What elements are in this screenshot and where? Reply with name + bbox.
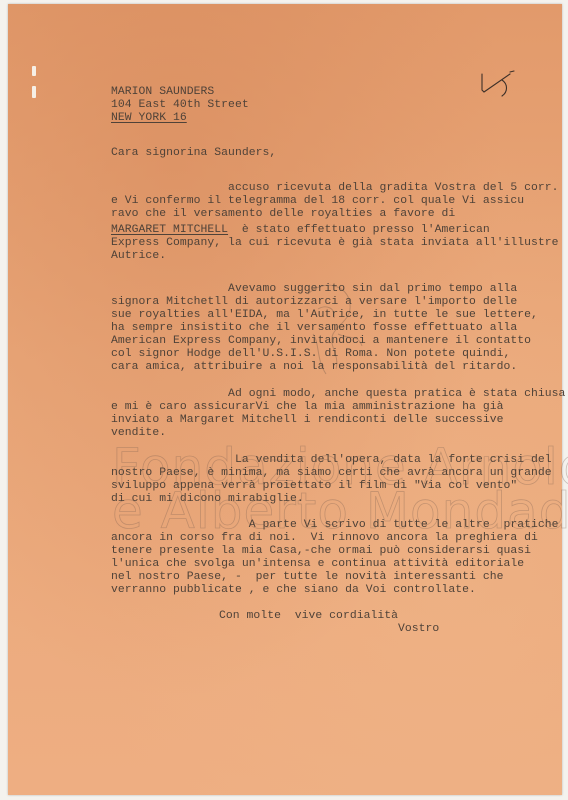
recipient-name: MARION SAUNDERS	[111, 86, 214, 99]
body-line: di cui mi dicono mirabiglie.	[111, 493, 304, 506]
body-line: Autrice.	[111, 250, 166, 263]
body-line: tenere presente la mia Casa,-che ormai p…	[111, 545, 531, 558]
body-line: cara amica, attribuire a noi la responsa…	[111, 361, 517, 374]
handwritten-mark-icon	[480, 66, 520, 102]
body-line: signora Mitchetll di autorizzarci a vers…	[111, 296, 517, 309]
body-line-rest: è stato effettuato presso l'American	[228, 224, 490, 236]
letter-page: Fondazione Arnoldo e Alberto Mondadori M…	[8, 4, 562, 795]
body-line: nostro Paese, è minima, ma siamo certi c…	[111, 467, 552, 480]
body-line: Express Company, la cui ricevuta è già s…	[111, 237, 559, 250]
body-line: vendite.	[111, 427, 166, 440]
body-line: e Vi confermo il telegramma del 18 corr.…	[111, 195, 524, 208]
author-name: MARGARET MITCHELL	[111, 224, 228, 236]
body-line: ancora in corso fra di noi. Vi rinnovo a…	[111, 532, 538, 545]
body-line: inviato a Margaret Mitchell i rendiconti…	[111, 414, 503, 427]
body-line: sviluppo appena verrà proiettato il film…	[111, 480, 517, 493]
body-line: A parte Vi scrivo di tutte le altre prat…	[111, 519, 559, 532]
body-line: accuso ricevuta della gradita Vostra del…	[111, 182, 559, 195]
body-line: ha sempre insistito che il versamento fo…	[111, 322, 517, 335]
paper-tear-mark	[32, 66, 36, 76]
body-line: La vendita dell'opera, data la forte cri…	[111, 454, 552, 467]
recipient-street: 104 East 40th Street	[111, 99, 249, 112]
body-line: col signor Hodge dell'U.S.I.S. di Roma. …	[111, 348, 510, 361]
body-line: American Express Company, invitandoci a …	[111, 335, 531, 348]
body-line: Avevamo suggerito sin dal primo tempo al…	[111, 283, 517, 296]
paper-tear-mark	[32, 86, 36, 98]
body-line: e mi è caro assicurarVi che la mia ammin…	[111, 401, 503, 414]
body-line: ravo che il versamento delle royalties a…	[111, 208, 455, 221]
body-line: verranno pubblicate , e che siano da Voi…	[111, 584, 476, 597]
closing: Con molte vive cordialità	[219, 610, 398, 623]
body-line: sue royalties all'EIDA, ma l'Autrice, in…	[111, 309, 538, 322]
signoff: Vostro	[398, 623, 439, 636]
salutation: Cara signorina Saunders,	[111, 147, 276, 160]
recipient-city: NEW YORK 16	[111, 112, 187, 125]
body-line: l'unica che svolga un'intensa e continua…	[111, 558, 524, 571]
body-line: MARGARET MITCHELL è stato effettuato pre…	[111, 224, 490, 237]
body-line: Ad ogni modo, anche questa pratica è sta…	[111, 388, 565, 401]
body-line: nel nostro Paese, - per tutte le novità …	[111, 571, 503, 584]
